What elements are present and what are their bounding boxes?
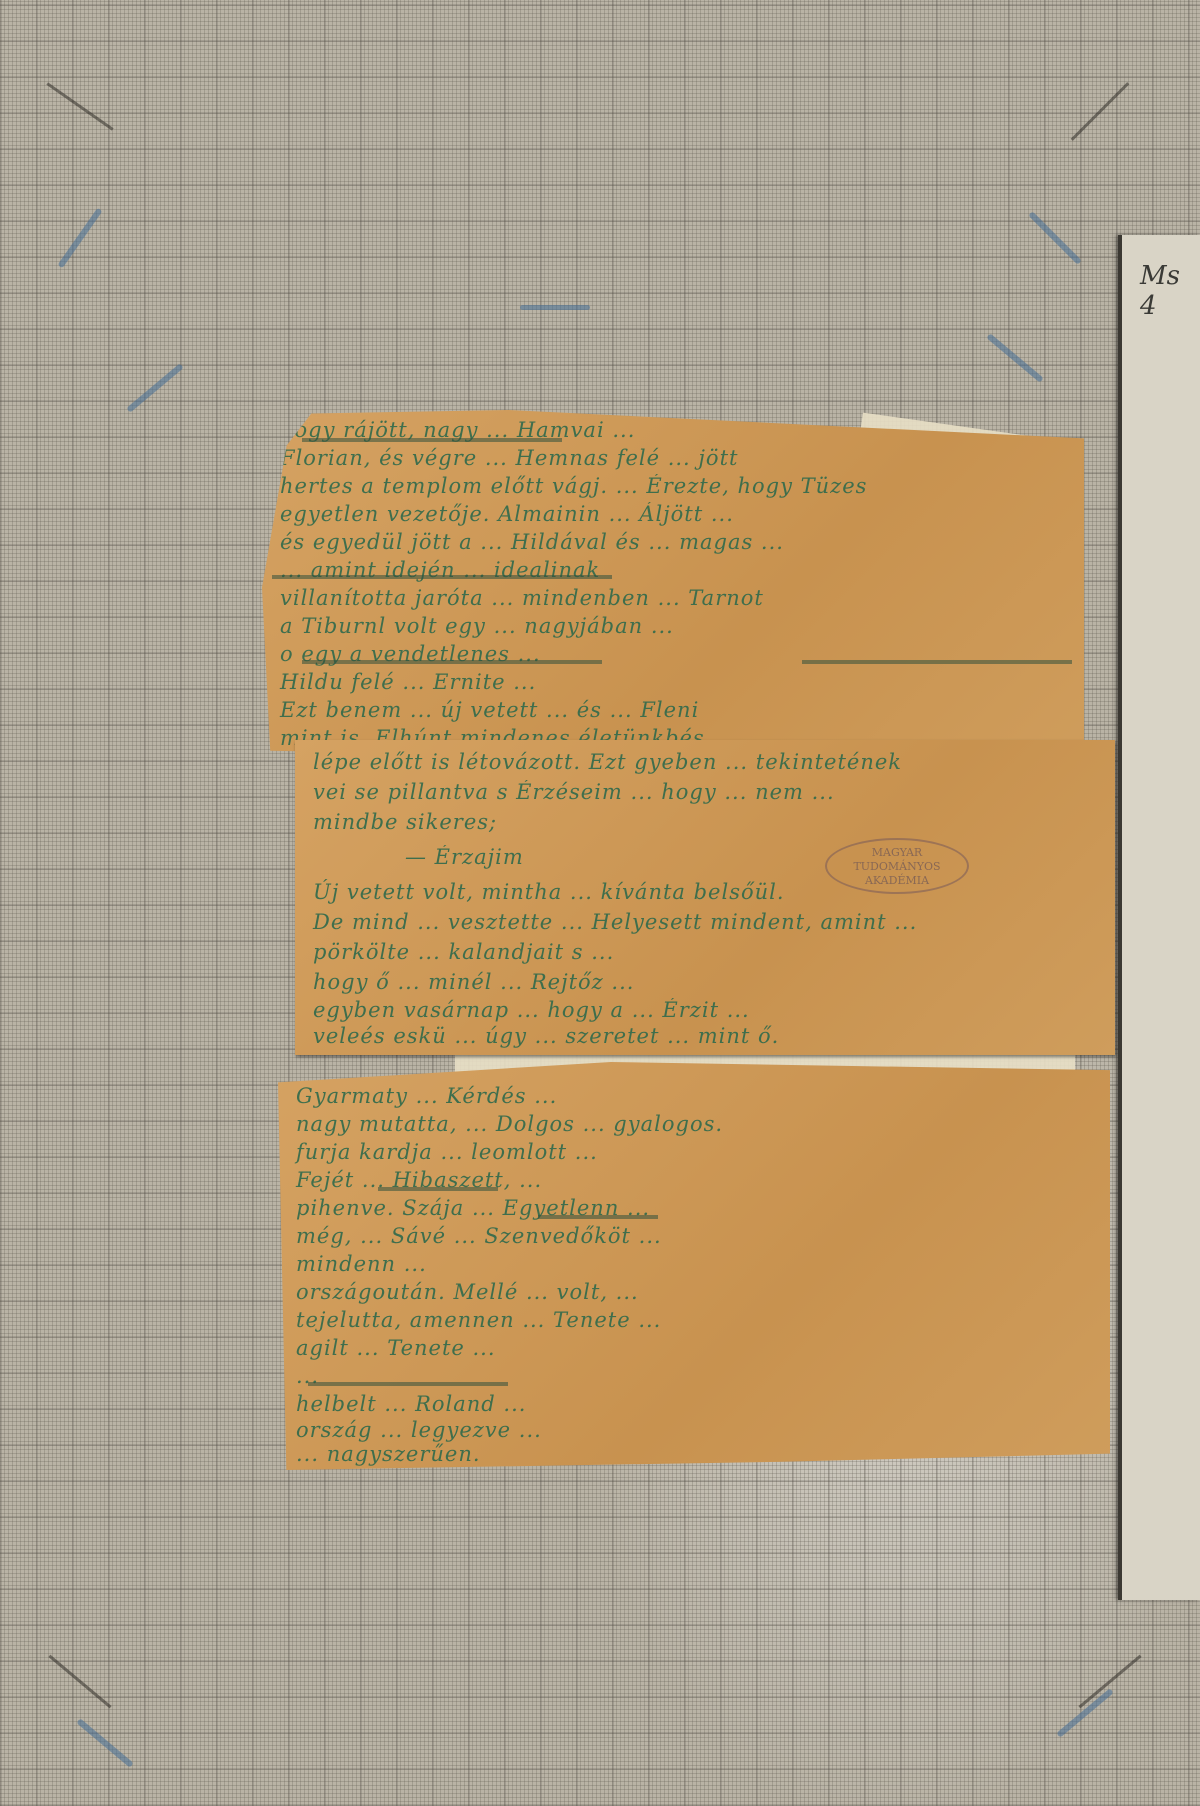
fragment-middle: lépe előtt is létovázott. Ezt gyeben ...… — [295, 740, 1115, 1055]
handwritten-line: még, ... Sávé ... Szenvedőköt ... — [296, 1224, 1100, 1254]
strikethrough — [308, 1382, 508, 1386]
blue-pencil-mark — [520, 305, 590, 310]
handwritten-line: villanította jaróta ... mindenben ... Ta… — [280, 586, 1074, 616]
handwritten-line: pihenve. Szája ... Egyetlenn ... — [296, 1196, 1100, 1226]
stamp-text: MAGYAR — [827, 846, 967, 860]
handwritten-line: o egy a vendetlenes ... — [280, 642, 1074, 672]
handwritten-line: agilt ... Tenete ... — [296, 1336, 1100, 1366]
handwritten-line: és egyedül jött a ... Hildával és ... ma… — [280, 530, 1074, 560]
handwritten-line: furja kardja ... leomlott ... — [296, 1140, 1100, 1170]
stamp-text: TUDOMÁNYOS AKADÉMIA — [827, 860, 967, 888]
strikethrough — [802, 660, 1072, 664]
handwritten-line: lépe előtt is létovázott. Ezt gyeben ...… — [313, 750, 1105, 780]
blue-pencil-mark — [986, 333, 1043, 383]
handwritten-line: vei se pillantva s Érzéseim ... hogy ...… — [313, 780, 1105, 810]
strikethrough — [302, 660, 602, 664]
handwritten-line: ... — [296, 1364, 1100, 1394]
handwritten-line: mindenn ... — [296, 1252, 1100, 1282]
blue-pencil-mark — [57, 208, 102, 269]
handwritten-line: Új vetett volt, mintha ... kívánta belső… — [313, 880, 1105, 910]
fragment-bottom: Gyarmaty ... Kérdés ... nagy mutatta, ..… — [278, 1062, 1110, 1470]
handwritten-line: Fejét ... Hibaszett, ... — [296, 1168, 1100, 1198]
handwritten-line: pörkölte ... kalandjait s ... — [313, 940, 1105, 970]
blue-pencil-mark — [76, 1718, 133, 1768]
catalog-label: Ms 4 — [1140, 261, 1200, 321]
strikethrough — [378, 1187, 498, 1191]
corner-mark — [1071, 82, 1130, 141]
catalog-sheet: Ms 4 — [1118, 235, 1200, 1600]
handwritten-line: hogy ő ... minél ... Rejtőz ... — [313, 970, 1105, 1000]
handwritten-line: mindbe sikeres; — [313, 810, 1105, 840]
handwritten-line: Hildu felé ... Ernite ... — [280, 670, 1074, 700]
manuscript-photo: { "scene": "Three torn handwritten manus… — [0, 0, 1200, 1806]
handwritten-line: a Tiburnl volt egy ... nagyjában ... — [280, 614, 1074, 644]
corner-mark — [1078, 1655, 1141, 1709]
handwritten-line: ... amint idején ... idealinak — [280, 558, 1074, 588]
handwritten-line: Gyarmaty ... Kérdés ... — [296, 1084, 1100, 1114]
corner-mark — [46, 82, 113, 130]
handwritten-line: országoután. Mellé ... volt, ... — [296, 1280, 1100, 1310]
strikethrough — [272, 575, 612, 579]
fragment-top: hogy rájött, nagy ... Hamvai ... Florian… — [262, 410, 1084, 765]
library-stamp: MAGYAR TUDOMÁNYOS AKADÉMIA — [825, 838, 969, 894]
handwritten-line: — Érzajim — [405, 845, 1105, 875]
corner-mark — [48, 1655, 111, 1709]
strikethrough — [538, 1215, 658, 1219]
handwritten-line: De mind ... vesztette ... Helyesett mind… — [313, 910, 1105, 940]
handwritten-line: egyetlen vezetője. Almainin ... Áljött .… — [280, 502, 1074, 532]
blue-pencil-mark — [126, 363, 183, 413]
blue-pencil-mark — [1028, 211, 1082, 265]
handwritten-line: ... nagyszerűen. — [296, 1442, 1100, 1470]
handwritten-line: Ezt benem ... új vetett ... és ... Fleni — [280, 698, 1074, 728]
strikethrough — [302, 438, 562, 442]
handwritten-line: Florian, és végre ... Hemnas felé ... jö… — [280, 446, 1074, 476]
handwritten-line: hertes a templom előtt vágj. ... Érezte,… — [280, 474, 1074, 504]
handwritten-line: nagy mutatta, ... Dolgos ... gyalogos. — [296, 1112, 1100, 1142]
handwritten-line: veleés eskü ... úgy ... szeretet ... min… — [313, 1024, 1105, 1054]
handwritten-line: tejelutta, amennen ... Tenete ... — [296, 1308, 1100, 1338]
handwritten-line: hogy rájött, nagy ... Hamvai ... — [280, 418, 1074, 448]
blue-pencil-mark — [1056, 1688, 1113, 1738]
